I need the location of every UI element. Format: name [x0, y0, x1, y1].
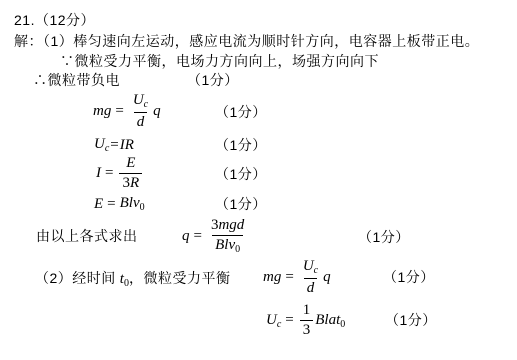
- var-Blv: Blv: [215, 237, 235, 253]
- formula-rhs: Blat0: [315, 312, 345, 330]
- var-U: U: [133, 92, 144, 108]
- var-mgd: mgd: [218, 217, 244, 233]
- equals-sign: =: [115, 103, 123, 120]
- fraction-3mgd-over-blv0: 3mgd Blv0: [208, 218, 247, 255]
- var-U: U: [94, 136, 105, 152]
- score-badge: （1分）: [215, 196, 267, 212]
- because-line: ∵微粒受力平衡，电场力方向向上，场强方向向下: [60, 53, 379, 69]
- equals-sign: =: [105, 165, 113, 182]
- var-E: E: [94, 196, 103, 213]
- var-q: q: [323, 269, 331, 286]
- var-d: d: [137, 114, 145, 130]
- var-Blat: Blat: [315, 312, 340, 328]
- var-U: U: [303, 258, 314, 274]
- therefore-line: ∴微粒带负电: [33, 72, 120, 88]
- numerator-1: 1: [300, 303, 314, 320]
- fraction-numerator: E: [123, 156, 138, 173]
- var-mg: mg: [263, 269, 281, 286]
- derive-label: 由以上各式求出: [36, 228, 138, 244]
- equals-sign: =: [285, 269, 293, 286]
- subscript-c: c: [105, 143, 109, 154]
- score-badge: （1分）: [383, 269, 435, 285]
- subscript-c: c: [144, 99, 148, 110]
- fraction-uc-over-d: Uc d: [300, 259, 321, 296]
- var-Blv: Blv: [120, 195, 140, 211]
- fraction-denominator: Blv0: [212, 235, 243, 255]
- part2-condition-line: （2）经时间t0，微粒受力平衡: [35, 270, 230, 292]
- var-IR: IR: [120, 137, 134, 154]
- formula-current: I = E 3R: [96, 157, 144, 190]
- var-q: q: [153, 103, 161, 120]
- part2-prefix-text: （2）经时间: [35, 270, 116, 286]
- formula-lhs: Uc: [94, 136, 109, 154]
- fraction-e-over-3r: E 3R: [119, 156, 142, 191]
- score-badge: （1分）: [187, 72, 239, 88]
- fraction-numerator: Uc: [130, 93, 151, 112]
- var-d: d: [307, 280, 315, 296]
- part2-suffix-text: ，微粒受力平衡: [129, 270, 231, 286]
- fraction-denominator: 3R: [119, 173, 142, 191]
- problem-number: 21.（12分）: [14, 12, 95, 28]
- var-U: U: [266, 312, 277, 328]
- formula-lhs: Uc: [266, 312, 281, 330]
- fraction-uc-over-d: Uc d: [130, 93, 151, 130]
- subscript-c: c: [314, 265, 318, 276]
- score-badge: （1分）: [215, 166, 267, 182]
- denominator-3: 3: [300, 320, 314, 338]
- var-q: q: [182, 228, 190, 245]
- var-t0: t0: [120, 271, 129, 287]
- fraction-numerator: Uc: [300, 259, 321, 278]
- formula-capacitor-voltage-2: Uc = 1 3 Blat0: [266, 304, 345, 337]
- subscript-0: 0: [340, 319, 345, 330]
- score-badge: （1分）: [358, 229, 410, 245]
- equals-sign: =: [107, 196, 115, 213]
- var-R: R: [130, 175, 139, 191]
- score-badge: （1分）: [385, 312, 437, 328]
- formula-lhs: mg: [93, 103, 111, 120]
- fraction-numerator: 3mgd: [208, 218, 247, 235]
- score-badge: （1分）: [215, 137, 267, 153]
- equals-sign: =: [194, 228, 202, 245]
- score-badge: （1分）: [215, 104, 267, 120]
- solution-document: 21.（12分） 解：（1）棒匀速向左运动，感应电流为顺时针方向，电容器上板带正…: [0, 0, 517, 360]
- equals-sign: =: [110, 137, 118, 154]
- subscript-0: 0: [235, 244, 240, 255]
- formula-capacitor-voltage: Uc = IR: [94, 137, 134, 153]
- fraction-one-third: 1 3: [300, 303, 314, 338]
- subscript-c: c: [277, 319, 281, 330]
- formula-equilibrium-2: mg = Uc d q: [263, 261, 331, 294]
- var-I: I: [96, 165, 101, 182]
- formula-emf: E = Blv0: [94, 196, 145, 212]
- formula-charge-result: q = 3mgd Blv0: [182, 219, 249, 254]
- coef-3: 3: [122, 175, 130, 191]
- var-mg: mg: [93, 103, 111, 119]
- var-E: E: [126, 155, 135, 171]
- equals-sign: =: [285, 312, 293, 329]
- subscript-0: 0: [140, 202, 145, 213]
- solution-step1-line: 解：（1）棒匀速向左运动，感应电流为顺时针方向，电容器上板带正电。: [14, 33, 479, 49]
- fraction-denominator: d: [134, 112, 148, 130]
- formula-rhs: Blv0: [120, 195, 145, 213]
- formula-equilibrium-1: mg = Uc d q: [93, 95, 161, 128]
- fraction-denominator: d: [304, 278, 318, 296]
